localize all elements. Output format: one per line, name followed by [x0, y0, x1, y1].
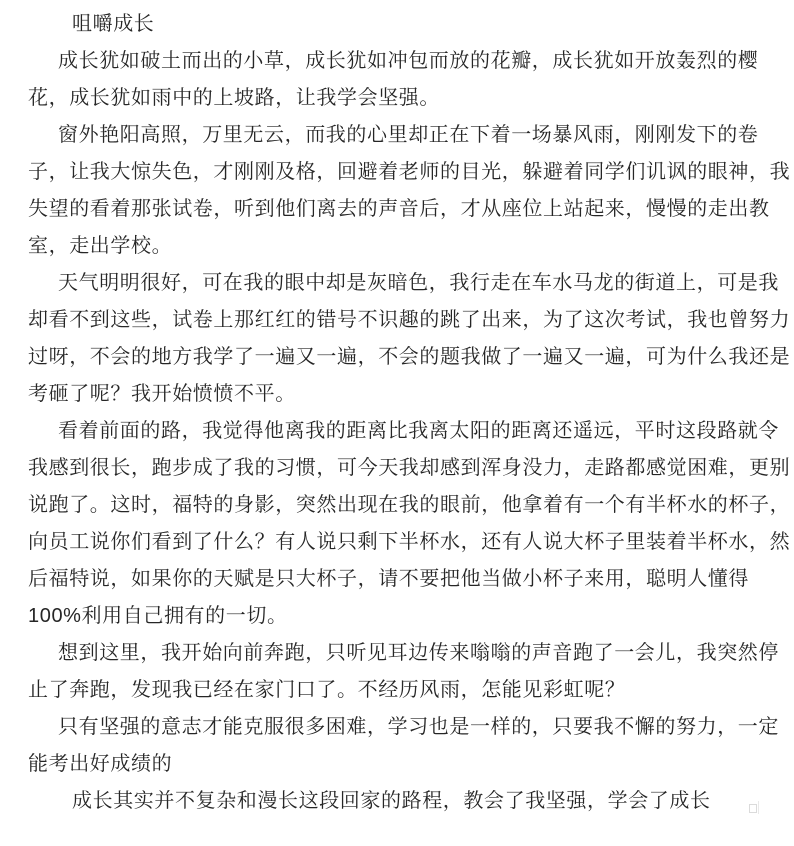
essay-line: 考砸了呢？我开始愤愤不平。 [28, 376, 772, 413]
essay-line: 止了奔跑，发现我已经在家门口了。不经历风雨，怎能见彩虹呢？ [28, 672, 772, 709]
faint-smudge-artifact [749, 801, 761, 816]
essay-line: 花，成长犹如雨中的上坡路，让我学会坚强。 [28, 80, 772, 117]
essay-line: 想到这里，我开始向前奔跑，只听见耳边传来嗡嗡的声音跑了一会儿，我突然停 [28, 635, 772, 672]
essay-line: 能考出好成绩的 [28, 746, 772, 783]
smudge-box-shape [749, 804, 757, 813]
essay-line: 看着前面的路，我觉得他离我的距离比我离太阳的距离还遥远，平时这段路就令 [28, 413, 772, 450]
smudge-tick-shape [758, 801, 759, 814]
essay-line: 成长犹如破土而出的小草，成长犹如冲包而放的花瓣，成长犹如开放轰烈的樱 [28, 43, 772, 80]
essay-line: 子，让我大惊失色，才刚刚及格，回避着老师的目光，躲避着同学们讥讽的眼神，我 [28, 154, 772, 191]
essay-content: 咀嚼成长 成长犹如破土而出的小草，成长犹如冲包而放的花瓣，成长犹如开放轰烈的樱 … [28, 6, 772, 820]
essay-title: 咀嚼成长 [28, 6, 772, 43]
essay-line: 天气明明很好，可在我的眼中却是灰暗色，我行走在车水马龙的街道上，可是我 [28, 265, 772, 302]
essay-line: 过呀，不会的地方我学了一遍又一遍，不会的题我做了一遍又一遍，可为什么我还是 [28, 339, 772, 376]
essay-line: 室，走出学校。 [28, 228, 772, 265]
essay-line: 向员工说你们看到了什么？有人说只剩下半杯水，还有人说大杯子里装着半杯水，然 [28, 524, 772, 561]
essay-line: 说跑了。这时，福特的身影，突然出现在我的眼前，他拿着有一个有半杯水的杯子， [28, 487, 772, 524]
essay-line: 我感到很长，跑步成了我的习惯，可今天我却感到浑身没力，走路都感觉困难，更别 [28, 450, 772, 487]
essay-line: 后福特说，如果你的天赋是只大杯子，请不要把他当做小杯子来用，聪明人懂得 [28, 561, 772, 598]
essay-line: 100%利用自己拥有的一切。 [28, 598, 772, 635]
essay-line: 失望的看着那张试卷，听到他们离去的声音后，才从座位上站起来，慢慢的走出教 [28, 191, 772, 228]
essay-line: 却看不到这些，试卷上那红红的错号不识趣的跳了出来，为了这次考试，我也曾努力 [28, 302, 772, 339]
essay-line: 成长其实并不复杂和漫长这段回家的路程，教会了我坚强，学会了成长 [28, 783, 772, 820]
essay-page: 咀嚼成长 成长犹如破土而出的小草，成长犹如冲包而放的花瓣，成长犹如开放轰烈的樱 … [0, 0, 794, 846]
essay-line: 只有坚强的意志才能克服很多困难，学习也是一样的，只要我不懈的努力，一定 [28, 709, 772, 746]
essay-line: 窗外艳阳高照，万里无云，而我的心里却正在下着一场暴风雨，刚刚发下的卷 [28, 117, 772, 154]
